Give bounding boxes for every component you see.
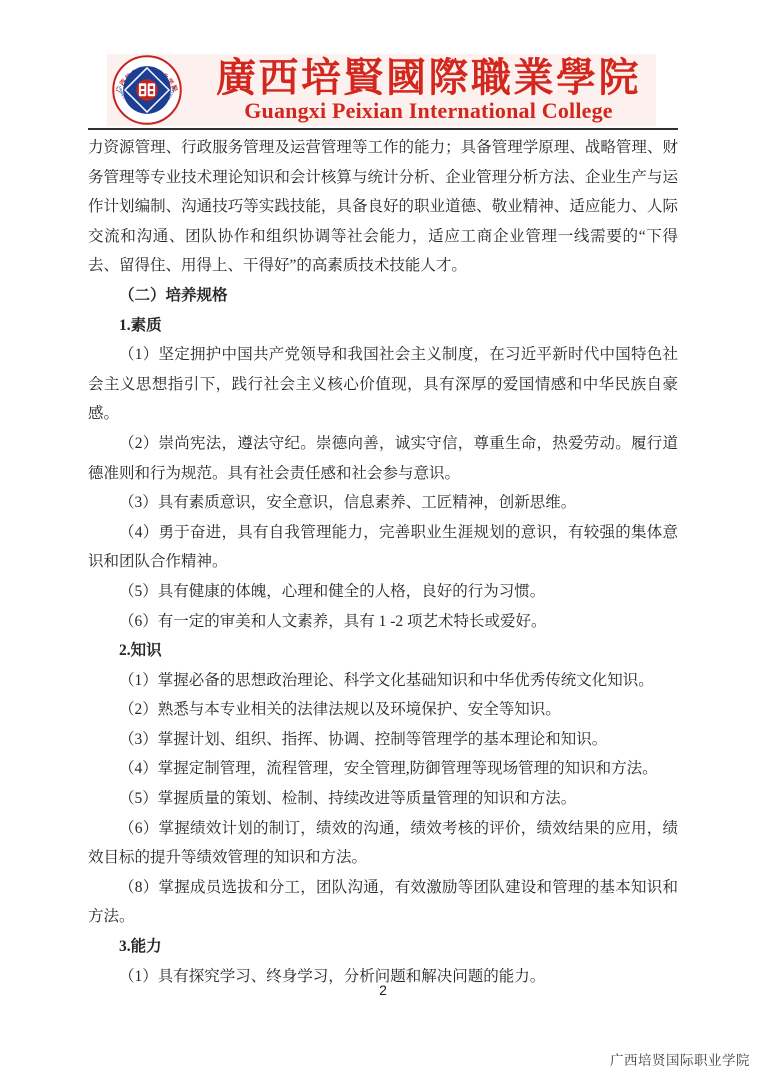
college-emblem-svg: 广西培贤国际职业学院 GUANGXI PEIXIAN INTERNATIONAL… xyxy=(111,54,183,126)
document-paragraph: （3）掌握计划、组织、指挥、协调、控制等管理学的基本理论和知识。 xyxy=(88,725,678,755)
document-paragraph: （5）掌握质量的策划、检制、持续改进等质量管理的知识和方法。 xyxy=(88,784,678,814)
document-body: 力资源管理、行政服务管理及运营管理等工作的能力；具备管理学原理、战略管理、财务管… xyxy=(88,133,678,991)
document-paragraph: （4）勇于奋进，具有自我管理能力，完善职业生涯规划的意识，有较强的集体意识和团队… xyxy=(88,518,678,577)
document-paragraph: （6）掌握绩效计划的制订，绩效的沟通，绩效考核的评价，绩效结果的应用，绩效目标的… xyxy=(88,814,678,873)
header-divider-line xyxy=(88,128,678,130)
footer-college-name: 广西培贤国际职业学院 xyxy=(610,1049,750,1069)
document-paragraph: （1）掌握必备的思想政治理论、科学文化基础知识和中华优秀传统文化知识。 xyxy=(88,666,678,696)
document-paragraph: （4）掌握定制管理，流程管理，安全管理,防御管理等现场管理的知识和方法。 xyxy=(88,754,678,784)
document-paragraph: （5）具有健康的体魄，心理和健全的人格，良好的行为习惯。 xyxy=(88,577,678,607)
college-title-english: Guangxi Peixian International College xyxy=(201,99,656,123)
section-heading: 1.素质 xyxy=(88,311,678,341)
college-header-banner: 广西培贤国际职业学院 GUANGXI PEIXIAN INTERNATIONAL… xyxy=(107,54,656,126)
document-paragraph: 力资源管理、行政服务管理及运营管理等工作的能力；具备管理学原理、战略管理、财务管… xyxy=(88,133,678,281)
document-paragraph: （6）有一定的审美和人文素养，具有 1 -2 项艺术特长或爱好。 xyxy=(88,607,678,637)
document-paragraph: （2）崇尚宪法，遵法守纪。崇德向善，诚实守信，尊重生命，热爱劳动。履行道德准则和… xyxy=(88,429,678,488)
college-title-block: 廣西培賢國際職業學院 Guangxi Peixian International… xyxy=(201,57,656,123)
document-paragraph: （3）具有素质意识，安全意识，信息素养、工匠精神，创新思维。 xyxy=(88,488,678,518)
section-heading: 2.知识 xyxy=(88,636,678,666)
page-number: 2 xyxy=(88,982,678,998)
college-emblem-logo: 广西培贤国际职业学院 GUANGXI PEIXIAN INTERNATIONAL… xyxy=(111,54,183,126)
section-heading: 3.能力 xyxy=(88,932,678,962)
document-paragraph: （1）坚定拥护中国共产党领导和我国社会主义制度，在习近平新时代中国特色社会主义思… xyxy=(88,340,678,429)
section-heading: （二）培养规格 xyxy=(88,281,678,311)
college-title-chinese: 廣西培賢國際職業學院 xyxy=(201,57,656,99)
document-paragraph: （2）熟悉与本专业相关的法律法规以及环境保护、安全等知识。 xyxy=(88,695,678,725)
document-paragraph: （8）掌握成员选拔和分工，团队沟通，有效激励等团队建设和管理的基本知识和方法。 xyxy=(88,873,678,932)
